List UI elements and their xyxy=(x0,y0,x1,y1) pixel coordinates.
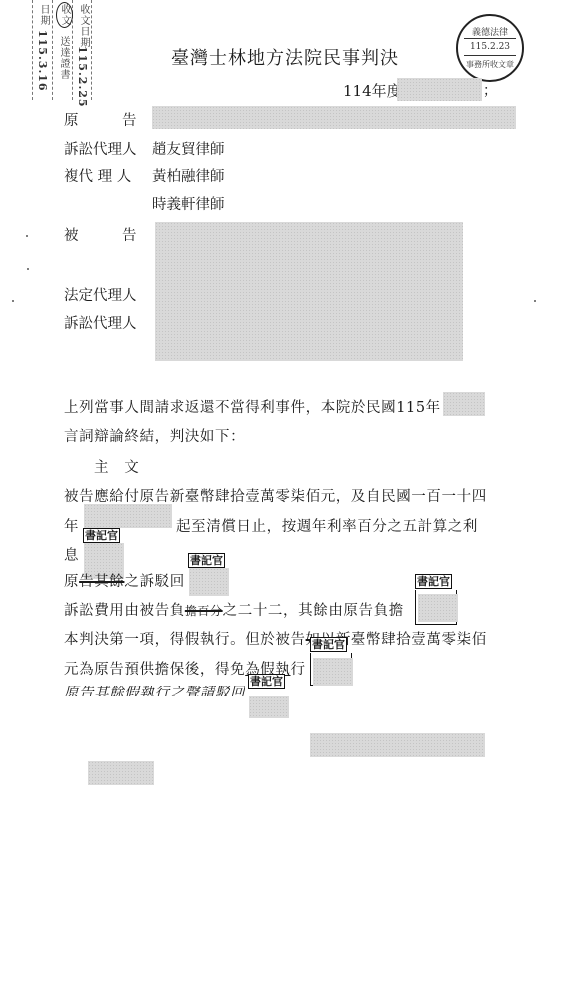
struck-text: 告其餘 xyxy=(79,574,124,590)
judgment-item-4-line-1-prefix: 本判決第一項，得假執行。但於被告 xyxy=(64,632,306,648)
judgment-item-2-suffix: 之訴駁回 xyxy=(124,574,184,590)
sub-agent-name-2: 時義軒律師 xyxy=(152,193,225,214)
clerk-correction-stamp: 書記官 xyxy=(415,574,452,589)
judgment-item-1-line-1: 被告應給付原告新臺幣肆拾壹萬零柒佰元，及自民國一百一十四 xyxy=(64,485,487,506)
margin-stamp-divider xyxy=(32,0,33,100)
margin-stamp-col1-label: 日期 xyxy=(36,4,51,26)
judgment-item-1-line-3: 息 xyxy=(64,544,79,565)
scan-speck xyxy=(26,235,28,237)
margin-stamp-divider xyxy=(91,0,92,100)
seal-date: 115.2.23 xyxy=(462,42,518,52)
clerk-correction-stamp: 書記官 xyxy=(188,553,225,568)
redacted-footer-block xyxy=(310,733,485,757)
main-text-section-title: 主 文 xyxy=(94,456,139,477)
defendant-label: 被 告 xyxy=(64,224,137,245)
redacted-correction xyxy=(249,696,289,718)
margin-stamp-circled-label: 收文 xyxy=(56,2,73,28)
judgment-item-4-line-1: 本判決第一項，得假執行。但於被告如以新臺幣肆拾壹萬零柒佰 xyxy=(64,628,487,649)
redacted-interest-start-date xyxy=(84,504,172,528)
struck-text: 擔百分 xyxy=(185,604,223,618)
sub-agent-name-1: 黃柏融律師 xyxy=(152,165,225,186)
case-number-year: 114年度 xyxy=(343,80,402,101)
judgment-item-3: 訴訟費用由被告負擔百分之二十二，其餘由原告負擔 xyxy=(64,599,404,620)
judgment-item-4-line-2-prefix: 元為原告預供擔保後，得免 xyxy=(64,662,245,678)
seal-divider xyxy=(464,55,516,56)
margin-stamp-divider xyxy=(52,0,53,100)
redacted-correction xyxy=(418,594,458,622)
plaintiff-attorney-name: 趙友貿律師 xyxy=(152,138,225,159)
redacted-plaintiff-name xyxy=(152,106,516,129)
scan-speck xyxy=(12,300,14,302)
margin-stamp-col1-date: 115.3.16 xyxy=(36,30,49,92)
judgment-item-4-line-1-suffix: 新臺幣肆拾壹萬零柒佰 xyxy=(336,632,487,648)
scan-speck xyxy=(534,300,536,302)
judgment-item-2-prefix: 原 xyxy=(64,574,79,590)
clerk-correction-stamp: 書記官 xyxy=(310,637,347,652)
seal-top-text: 義德法律 xyxy=(462,25,518,38)
margin-stamp-col3-label: 收文日期 xyxy=(76,4,91,48)
judgment-item-5: 原告其餘假執行之聲請駁回 xyxy=(64,686,245,696)
redacted-footer-block xyxy=(88,761,154,785)
redacted-correction xyxy=(189,568,229,596)
redacted-defendant-info xyxy=(155,222,463,361)
judgment-item-3-suffix: 之二十二，其餘由原告負擔 xyxy=(223,603,404,619)
redacted-correction xyxy=(313,658,353,686)
plaintiff-label: 原 告 xyxy=(64,109,137,130)
judgment-item-2: 原告其餘之訴駁回 xyxy=(64,570,185,591)
defendant-attorney-label: 訴訟代理人 xyxy=(64,312,137,333)
case-number-suffix: ； xyxy=(483,80,497,100)
judgment-item-4-line-2-suffix: 行 xyxy=(291,662,306,678)
margin-stamp-col3-date: 115.2.25 xyxy=(76,46,89,108)
scan-speck xyxy=(27,268,29,270)
judgment-item-1-line-2-prefix: 年 xyxy=(64,515,79,536)
clerk-correction-stamp: 書記官 xyxy=(83,528,120,543)
judgment-item-3-prefix: 訴訟費用由被告負 xyxy=(64,603,185,619)
sub-agent-label: 複代 理 人 xyxy=(64,165,131,186)
document-title: 臺灣士林地方法院民事判決 xyxy=(171,44,399,70)
seal-bottom-text: 事務所收文章 xyxy=(462,59,518,70)
redacted-hearing-date xyxy=(443,392,485,416)
intro-line-1: 上列當事人間請求返還不當得利事件，本院於民國115年 xyxy=(64,396,441,417)
plaintiff-attorney-label: 訴訟代理人 xyxy=(64,138,137,159)
redacted-case-number xyxy=(397,78,482,101)
margin-receipt-stamp: 日期 115.3.16 收文 送達證書 收文日期 115.2.25 xyxy=(30,0,92,102)
law-firm-receipt-seal: 義德法律 115.2.23 事務所收文章 xyxy=(456,14,524,82)
intro-line-2: 言詞辯論終結，判決如下： xyxy=(64,425,245,446)
seal-divider xyxy=(464,38,516,39)
legal-representative-label: 法定代理人 xyxy=(64,284,137,305)
clerk-correction-stamp: 書記官 xyxy=(248,674,285,689)
judgment-item-1-line-2-suffix: 起至清償日止，按週年利率百分之五計算之利 xyxy=(176,515,478,536)
margin-stamp-col2-label: 送達證書 xyxy=(56,36,71,80)
